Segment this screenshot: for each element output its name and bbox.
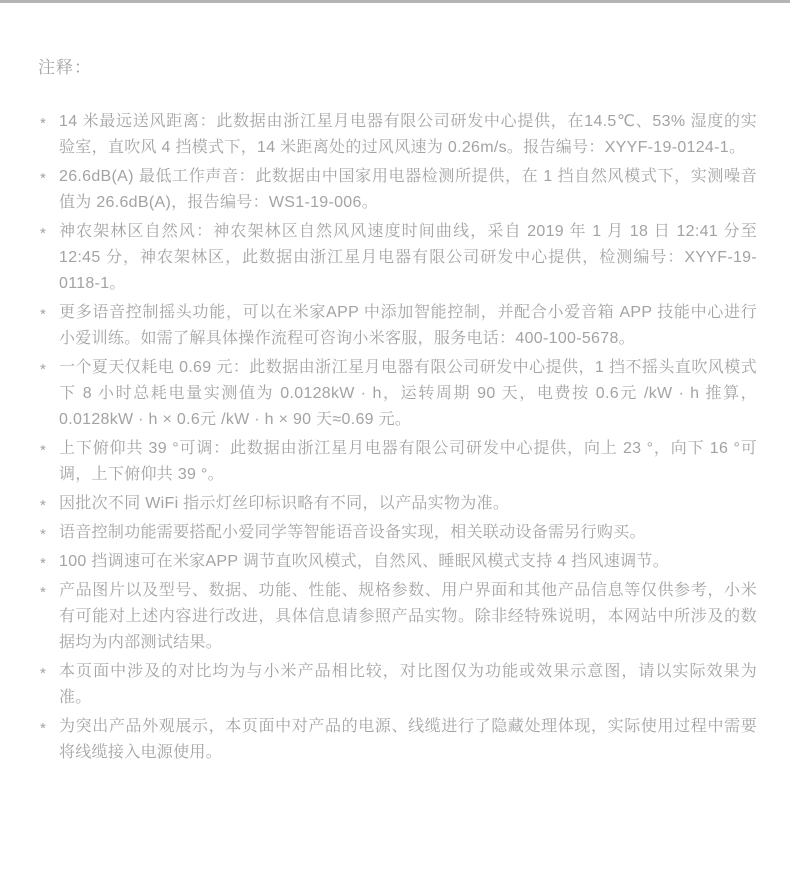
note-text: 语音控制功能需要搭配小爱同学等智能语音设备实现，相关联动设备需另行购买。	[59, 524, 646, 541]
notes-list: * 14 米最远送风距离：此数据由浙江星月电器有限公司研发中心提供，在14.5℃…	[38, 109, 757, 766]
note-text: 26.6dB(A) 最低工作声音：此数据由中国家用电器检测所提供，在 1 挡自然…	[59, 168, 757, 211]
note-text: 产品图片以及型号、数据、功能、性能、规格参数、用户界面和其他产品信息等仅供参考，…	[59, 582, 757, 651]
note-text: 一个夏天仅耗电 0.69 元：此数据由浙江星月电器有限公司研发中心提供，1 挡不…	[59, 359, 757, 428]
bullet-asterisk: *	[40, 357, 46, 383]
note-item: * 本页面中涉及的对比均为与小米产品相比较，对比图仅为功能或效果示意图，请以实际…	[38, 659, 757, 711]
bullet-asterisk: *	[40, 551, 46, 577]
note-item: * 语音控制功能需要搭配小爱同学等智能语音设备实现，相关联动设备需另行购买。	[38, 520, 757, 546]
notes-section: 注释： * 14 米最远送风距离：此数据由浙江星月电器有限公司研发中心提供，在1…	[0, 0, 790, 769]
bullet-asterisk: *	[40, 522, 46, 548]
note-item: * 100 挡调速可在米家APP 调节直吹风模式，自然风、睡眠风模式支持 4 挡…	[38, 549, 757, 575]
note-item: * 一个夏天仅耗电 0.69 元：此数据由浙江星月电器有限公司研发中心提供，1 …	[38, 355, 757, 433]
bullet-asterisk: *	[40, 221, 46, 247]
note-text: 神农架林区自然风：神农架林区自然风风速度时间曲线，采自 2019 年 1 月 1…	[59, 223, 757, 292]
bullet-asterisk: *	[40, 493, 46, 519]
note-item: * 因批次不同 WiFi 指示灯丝印标识略有不同，以产品实物为准。	[38, 491, 757, 517]
note-text: 14 米最远送风距离：此数据由浙江星月电器有限公司研发中心提供，在14.5℃、5…	[59, 113, 757, 156]
bullet-asterisk: *	[40, 166, 46, 192]
note-text: 本页面中涉及的对比均为与小米产品相比较，对比图仅为功能或效果示意图，请以实际效果…	[59, 663, 757, 706]
note-text: 为突出产品外观展示，本页面中对产品的电源、线缆进行了隐藏处理体现，实际使用过程中…	[59, 718, 757, 761]
bullet-asterisk: *	[40, 661, 46, 687]
bullet-asterisk: *	[40, 716, 46, 742]
note-item: * 26.6dB(A) 最低工作声音：此数据由中国家用电器检测所提供，在 1 挡…	[38, 164, 757, 216]
bullet-asterisk: *	[40, 111, 46, 137]
note-item: * 产品图片以及型号、数据、功能、性能、规格参数、用户界面和其他产品信息等仅供参…	[38, 578, 757, 656]
note-item: * 上下俯仰共 39 °可调：此数据由浙江星月电器有限公司研发中心提供，向上 2…	[38, 436, 757, 488]
note-text: 100 挡调速可在米家APP 调节直吹风模式，自然风、睡眠风模式支持 4 挡风速…	[59, 553, 669, 570]
note-item: * 为突出产品外观展示，本页面中对产品的电源、线缆进行了隐藏处理体现，实际使用过…	[38, 714, 757, 766]
note-item: * 神农架林区自然风：神农架林区自然风风速度时间曲线，采自 2019 年 1 月…	[38, 219, 757, 297]
note-item: * 更多语音控制摇头功能，可以在米家APP 中添加智能控制，并配合小爱音箱 AP…	[38, 300, 757, 352]
note-text: 上下俯仰共 39 °可调：此数据由浙江星月电器有限公司研发中心提供，向上 23 …	[59, 440, 757, 483]
bullet-asterisk: *	[40, 302, 46, 328]
notes-title: 注释：	[38, 57, 757, 79]
note-text: 更多语音控制摇头功能，可以在米家APP 中添加智能控制，并配合小爱音箱 APP …	[59, 304, 757, 347]
bullet-asterisk: *	[40, 438, 46, 464]
note-item: * 14 米最远送风距离：此数据由浙江星月电器有限公司研发中心提供，在14.5℃…	[38, 109, 757, 161]
bullet-asterisk: *	[40, 580, 46, 606]
note-text: 因批次不同 WiFi 指示灯丝印标识略有不同，以产品实物为准。	[59, 495, 509, 512]
